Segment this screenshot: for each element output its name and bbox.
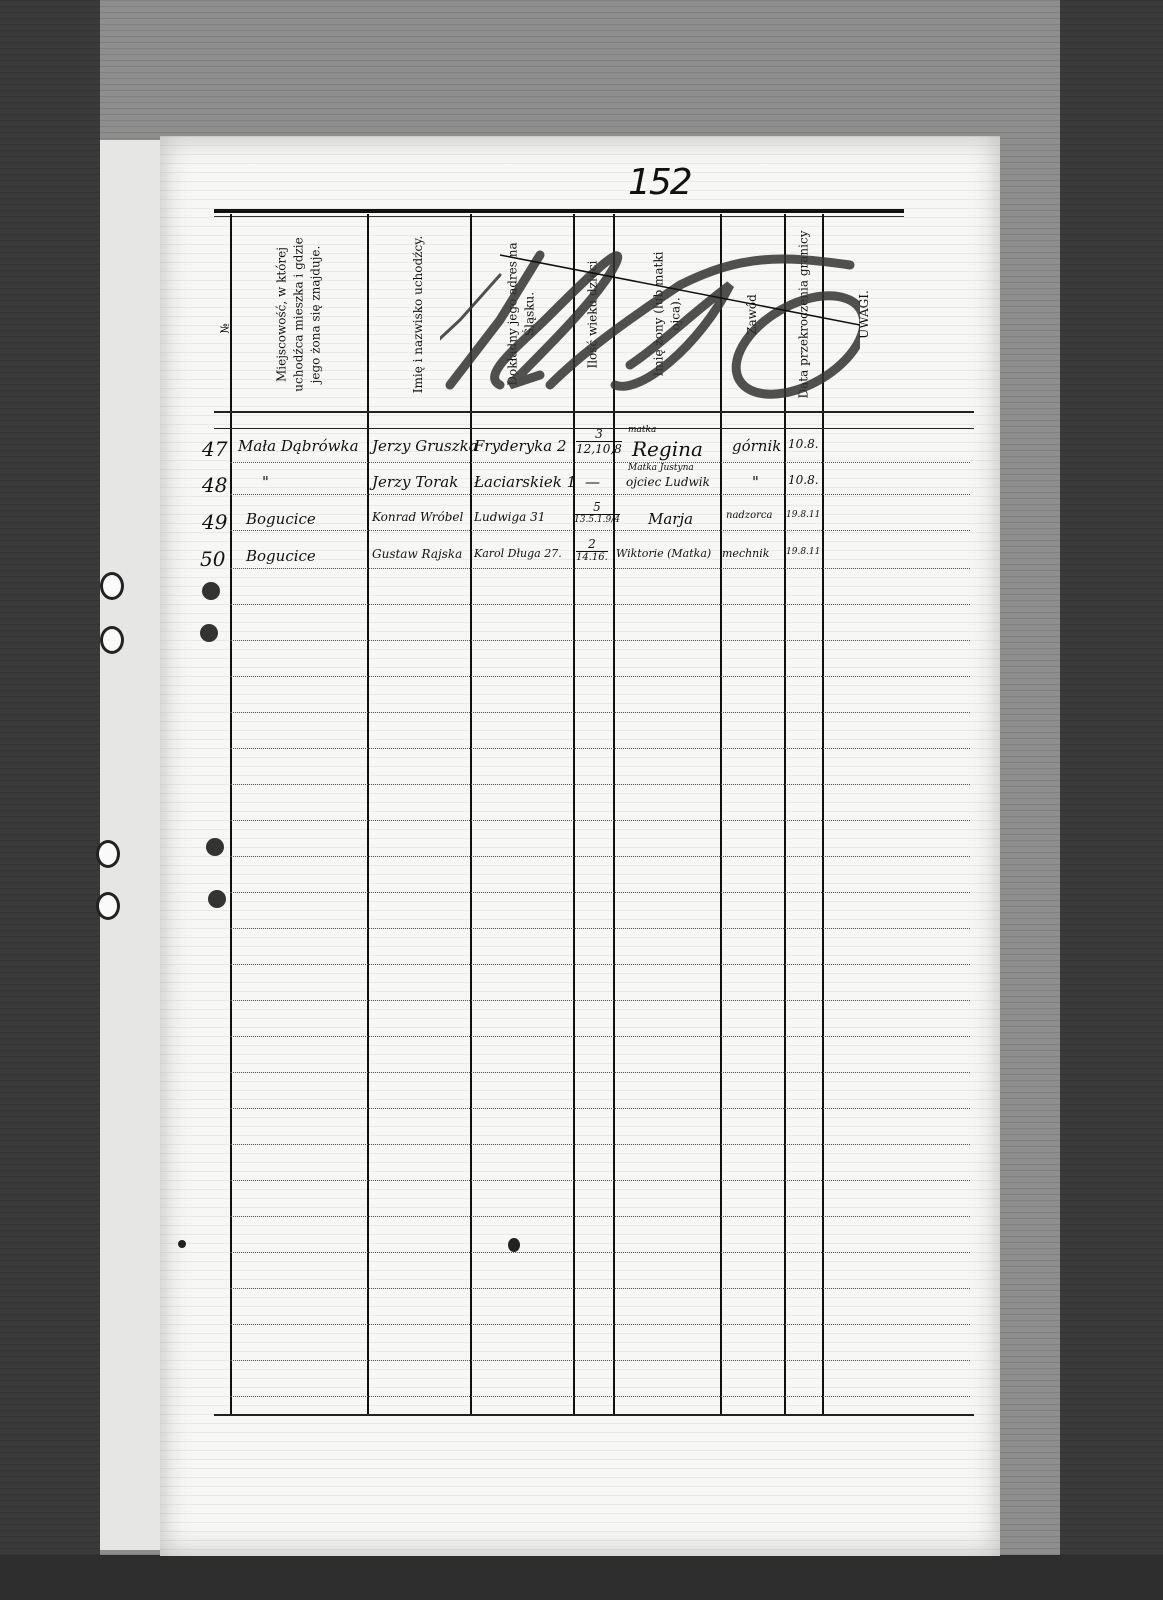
row-guide xyxy=(230,712,970,713)
row-children: 3 12,10,8 xyxy=(576,427,622,456)
children-count: 2 xyxy=(576,537,608,552)
header-address: Dokładny jego adres na Śląsku. xyxy=(472,218,572,410)
row-place: Mała Dąbrówka xyxy=(238,437,359,455)
row-border-date: 10.8. xyxy=(788,437,819,451)
row-guide xyxy=(230,1288,970,1289)
children-ages: 12,10,8 xyxy=(576,442,622,456)
row-wife: Wiktorie (Matka) xyxy=(616,547,711,560)
header-bottom-rule xyxy=(214,411,974,413)
children-count: 5 xyxy=(574,500,620,515)
punch-hole xyxy=(96,840,120,868)
header-occupation: Zawód xyxy=(722,218,783,410)
table-row: 47 Mała Dąbrówka Jerzy Gruszka Fryderyka… xyxy=(0,437,1163,467)
table-row: 48 " Jerzy Torak Łaciarskiek 1 — Matka J… xyxy=(0,473,1163,503)
row-guide xyxy=(230,1144,970,1145)
row-children: 2 14.16. xyxy=(576,537,608,563)
header-name: Imię i nazwisko uchodźcy. xyxy=(369,218,469,410)
row-guide xyxy=(230,1108,970,1109)
header-occupation-line: Zawód xyxy=(744,294,761,335)
ink-spot xyxy=(508,1238,520,1252)
header-name-line: Imię i nazwisko uchodźcy. xyxy=(411,235,428,392)
row-name: Konrad Wróbel xyxy=(372,510,463,524)
ink-blot xyxy=(206,838,224,856)
row-border-date: 19.8.11 xyxy=(786,510,820,520)
header-place-line: jego żona się znajduje. xyxy=(308,237,325,391)
row-guide xyxy=(230,604,970,605)
row-address: Łaciarskiek 1 xyxy=(474,473,576,491)
row-guide xyxy=(230,1216,970,1217)
row-number: 49 xyxy=(202,510,227,534)
header-address-line: Dokładny jego adres na xyxy=(505,242,522,385)
header-place: Miejscowość, w której uchodźca mieszka i… xyxy=(232,218,366,410)
row-wife-note: matka xyxy=(628,425,656,435)
row-border-date: 19.8.11 xyxy=(786,547,820,557)
table-row: 49 Bogucice Konrad Wróbel Ludwiga 31 5 1… xyxy=(0,510,1163,540)
header-place-line: Miejscowość, w której xyxy=(274,237,291,391)
row-name: Jerzy Gruszka xyxy=(372,437,478,455)
ink-blot xyxy=(208,890,226,908)
children-count: 3 xyxy=(576,427,622,442)
row-place: Bogucice xyxy=(246,547,316,565)
row-wife: Regina xyxy=(632,437,703,461)
row-guide xyxy=(230,820,970,821)
row-guide xyxy=(230,1396,970,1397)
row-address: Fryderyka 2 xyxy=(474,437,567,455)
row-children: 5 13.5.1.9/4 xyxy=(574,500,620,525)
row-occupation: mechnik xyxy=(722,547,769,560)
page-number: 152 xyxy=(628,162,691,203)
row-guide xyxy=(230,892,970,893)
row-occupation: " xyxy=(752,473,759,491)
row-address: Karol Długa 27. xyxy=(474,547,562,560)
row-occupation: górnik xyxy=(732,437,781,455)
row-border-date: 10.8. xyxy=(788,473,819,487)
row-address: Ludwiga 31 xyxy=(474,510,545,524)
header-children: Ilość wieku dzieci xyxy=(575,218,612,410)
children-ages: 13.5.1.9/4 xyxy=(574,515,620,525)
table-bottom-rule xyxy=(214,1414,974,1416)
punch-hole xyxy=(96,892,120,920)
row-name: Gustaw Rajska xyxy=(372,547,462,561)
header-remarks-line: UWAGI. xyxy=(856,290,873,339)
row-guide xyxy=(230,676,970,677)
header-border-date: Data przekroczenia granicy xyxy=(786,218,821,410)
row-name: Jerzy Torak xyxy=(372,473,458,491)
row-place: " xyxy=(262,473,269,491)
row-number: 48 xyxy=(202,473,227,497)
header-border-date-line: Data przekroczenia granicy xyxy=(795,230,812,398)
header-wife-line: Imię żony (lub matki xyxy=(650,252,667,377)
punch-hole xyxy=(100,626,124,654)
row-guide xyxy=(230,640,970,641)
row-guide xyxy=(230,1000,970,1001)
row-guide xyxy=(230,856,970,857)
row-occupation: nadzorca xyxy=(726,510,772,521)
row-guide xyxy=(230,1252,970,1253)
row-guide xyxy=(230,1360,970,1361)
table-top-rule-thin xyxy=(214,216,904,217)
row-number: 50 xyxy=(200,547,225,571)
row-children-ages: — xyxy=(585,473,600,491)
ink-spot xyxy=(178,1240,186,1248)
ink-blot xyxy=(202,582,220,600)
scan-bottom-edge xyxy=(0,1555,1163,1600)
row-guide xyxy=(230,964,970,965)
header-wife: Imię żony (lub matki ojca). xyxy=(615,218,719,410)
row-wife: ojciec Ludwik xyxy=(626,475,710,489)
row-guide xyxy=(230,748,970,749)
row-wife: Marja xyxy=(648,510,693,528)
row-guide xyxy=(230,1036,970,1037)
row-guide xyxy=(230,784,970,785)
header-children-line: Ilość wieku dzieci xyxy=(585,260,602,368)
header-number: № xyxy=(219,316,232,334)
ink-blot xyxy=(200,624,218,642)
table-top-rule xyxy=(214,209,904,213)
children-ages: 14.16. xyxy=(576,552,608,563)
row-guide xyxy=(230,928,970,929)
header-place-line: uchodźca mieszka i gdzie xyxy=(291,237,308,391)
row-place: Bogucice xyxy=(246,510,316,528)
row-number: 47 xyxy=(202,437,227,461)
header-remarks: UWAGI. xyxy=(824,218,904,410)
row-guide xyxy=(230,1072,970,1073)
header-wife-line: ojca). xyxy=(667,252,684,377)
row-guide xyxy=(230,1324,970,1325)
row-guide xyxy=(230,1180,970,1181)
row-wife-note: Matka Justyna xyxy=(628,463,694,473)
table-row: 50 Bogucice Gustaw Rajska Karol Długa 27… xyxy=(0,547,1163,577)
header-address-line: Śląsku. xyxy=(522,242,539,385)
